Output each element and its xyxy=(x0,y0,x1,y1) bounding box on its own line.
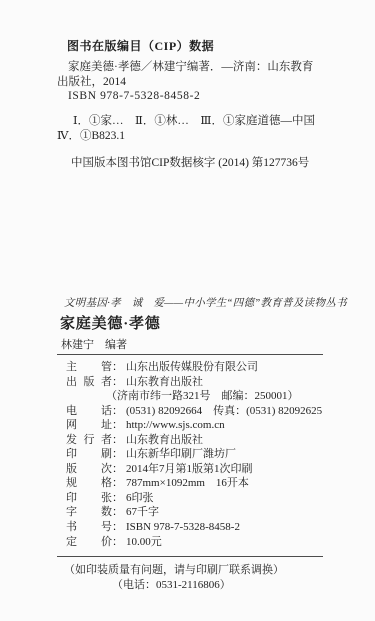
book-copyright-page: 图书在版编目（CIP）数据 家庭美德·孝德／林建宁编著．—济南：山东教育 出版社… xyxy=(0,0,375,621)
cip-classification: Ⅰ．①家… Ⅱ．①林… Ⅲ．①家庭道德—中国 Ⅳ．①B823.1 xyxy=(57,114,315,144)
book-title: 家庭美德·孝德 xyxy=(60,312,161,333)
colophon-value: 2014年7月第1版第1次印刷 xyxy=(126,463,253,475)
colophon-separator: ： xyxy=(112,492,123,504)
colophon-value: 山东新华印刷厂潍坊厂 xyxy=(126,448,236,460)
cip-entry-line2: 出版社，2014 xyxy=(57,75,313,90)
colophon-row-supervisor: 主管：山东出版传媒股份有限公司 xyxy=(66,360,322,375)
colophon-label: 主管 xyxy=(66,360,112,375)
colophon-label: 版次 xyxy=(66,462,112,477)
colophon-value: 山东出版传媒股份有限公司 xyxy=(126,361,258,373)
colophon-value: ISBN 978-7-5328-8458-2 xyxy=(126,521,240,533)
colophon-label: 定价 xyxy=(66,535,112,550)
colophon-separator: ： xyxy=(112,361,123,373)
colophon-row-phone: 电话：(0531) 82092664 传真：(0531) 82092625 xyxy=(66,404,322,419)
colophon-value: 67千字 xyxy=(126,506,159,518)
colophon-separator: ： xyxy=(112,463,123,475)
divider-bottom xyxy=(57,556,323,557)
colophon-label: 网址 xyxy=(66,418,112,433)
colophon-label: 电话 xyxy=(66,404,112,419)
quality-note-line2: （电话：0531-2116806） xyxy=(112,576,231,592)
colophon-value: 6印张 xyxy=(126,492,154,504)
publisher-address: （济南市纬一路321号 邮编：250001） xyxy=(106,390,299,402)
colophon-row-format: 规格：787mm×1092mm 16开本 xyxy=(66,476,322,491)
colophon-block: 主管：山东出版传媒股份有限公司 出版者：山东教育出版社 （济南市纬一路321号 … xyxy=(66,360,322,549)
colophon-separator: ： xyxy=(112,477,123,489)
cip-class-line1: Ⅰ．①家… Ⅱ．①林… Ⅲ．①家庭道德—中国 xyxy=(57,114,315,129)
colophon-row-price: 定价：10.00元 xyxy=(66,535,322,550)
colophon-row-wordcount: 字数：67千字 xyxy=(66,505,322,520)
colophon-label: 发行者 xyxy=(66,433,112,448)
cip-header: 图书在版编目（CIP）数据 xyxy=(67,37,214,54)
colophon-label: 印刷 xyxy=(66,447,112,462)
colophon-value: 山东教育出版社 xyxy=(126,376,203,388)
colophon-separator: ： xyxy=(112,506,123,518)
cip-record-number: 中国版本图书馆CIP数据核字 (2014) 第127736号 xyxy=(71,154,309,170)
colophon-label: 出版者 xyxy=(66,375,112,390)
colophon-value: http://www.sjs.com.cn xyxy=(126,419,225,431)
colophon-label: 书号 xyxy=(66,520,112,535)
colophon-value: 山东教育出版社 xyxy=(126,434,203,446)
colophon-row-sheets: 印张：6印张 xyxy=(66,491,322,506)
colophon-value: (0531) 82092664 传真：(0531) 82092625 xyxy=(126,405,322,417)
colophon-separator: ： xyxy=(112,376,123,388)
cip-class-line2: Ⅳ．①B823.1 xyxy=(57,129,315,144)
colophon-separator: ： xyxy=(112,448,123,460)
divider-top xyxy=(57,354,323,355)
colophon-separator: ： xyxy=(112,536,123,548)
colophon-row-publisher: 出版者：山东教育出版社 xyxy=(66,375,322,390)
cip-entry-line1: 家庭美德·孝德／林建宁编著．—济南：山东教育 xyxy=(57,60,313,75)
colophon-label: 字数 xyxy=(66,505,112,520)
cip-entry: 家庭美德·孝德／林建宁编著．—济南：山东教育 出版社，2014 xyxy=(57,60,313,90)
series-title: 文明基因·孝 诚 爱——中小学生“四德”教育普及读物丛书 xyxy=(64,295,347,310)
colophon-row-address: （济南市纬一路321号 邮编：250001） xyxy=(66,389,322,404)
cip-isbn: ISBN 978-7-5328-8458-2 xyxy=(68,90,200,102)
author-line: 林建宁 编著 xyxy=(61,336,127,352)
colophon-label: 规格 xyxy=(66,476,112,491)
colophon-row-website: 网址：http://www.sjs.com.cn xyxy=(66,418,322,433)
colophon-value: 10.00元 xyxy=(126,536,162,548)
colophon-separator: ： xyxy=(112,405,123,417)
colophon-separator: ： xyxy=(112,434,123,446)
quality-note-line1: （如印装质量有问题，请与印刷厂联系调换） xyxy=(64,561,284,577)
colophon-row-printer: 印刷：山东新华印刷厂潍坊厂 xyxy=(66,447,322,462)
colophon-label: 印张 xyxy=(66,491,112,506)
colophon-row-isbn: 书号：ISBN 978-7-5328-8458-2 xyxy=(66,520,322,535)
colophon-separator: ： xyxy=(112,419,123,431)
colophon-row-distributor: 发行者：山东教育出版社 xyxy=(66,433,322,448)
colophon-separator: ： xyxy=(112,521,123,533)
colophon-row-edition: 版次：2014年7月第1版第1次印刷 xyxy=(66,462,322,477)
colophon-value: 787mm×1092mm 16开本 xyxy=(126,477,249,489)
